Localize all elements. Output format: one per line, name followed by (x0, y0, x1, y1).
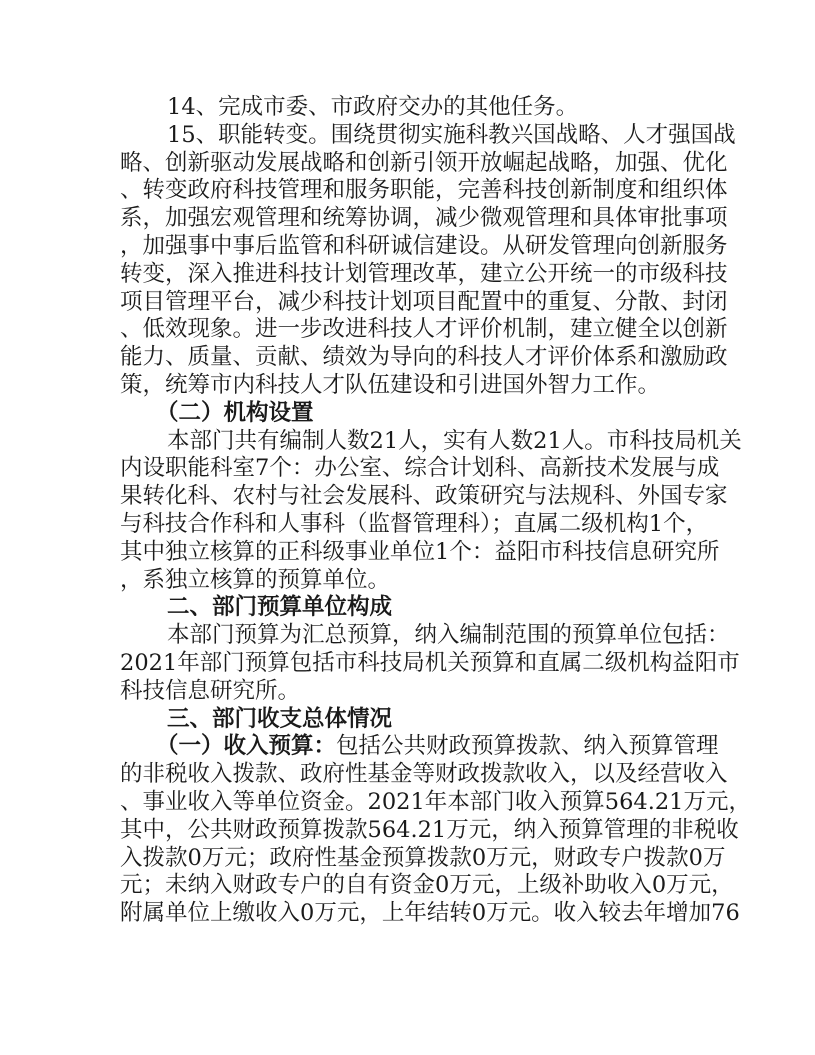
paragraph-org-setup: 本部门共有编制人数21人，实有人数21人。市科技局机关 内设职能科室7个：办公室… (120, 428, 695, 595)
text-line: 、低效现象。进一步改进科技人才评价机制，建立健全以创新 (120, 316, 695, 344)
heading-overview: 三、部门收支总体情况 (120, 706, 695, 734)
text-line: 入拨款0万元；政府性基金预算拨款0万元，财政专户拨款0万 (120, 845, 695, 873)
text-line: 略、创新驱动发展战略和创新引领开放崛起战略，加强、优化 (120, 150, 695, 178)
text-line: 果转化科、农村与社会发展科、政策研究与法规科、外国专家 (120, 483, 695, 511)
text-line: 、事业收入等单位资金。2021年本部门收入预算564.21万元， (120, 789, 695, 817)
income-budget-text: 包括公共财政预算拨款、纳入预算管理 (336, 733, 719, 759)
text-line: 、转变政府科技管理和服务职能，完善科技创新制度和组织体 (120, 177, 695, 205)
text-line: ，系独立核算的预算单位。 (120, 567, 695, 595)
text-line: 15、职能转变。围绕贯彻实施科教兴国战略、人才强国战 (120, 122, 695, 150)
text-line: 策，统筹市内科技人才队伍建设和引进国外智力工作。 (120, 372, 695, 400)
paragraph-item-15: 15、职能转变。围绕贯彻实施科教兴国战略、人才强国战 略、创新驱动发展战略和创新… (120, 122, 695, 400)
paragraph-budget-units: 本部门预算为汇总预算，纳入编制范围的预算单位包括： 2021年部门预算包括市科技… (120, 622, 695, 705)
text-line: 能力、质量、贡献、绩效为导向的科技人才评价体系和激励政 (120, 344, 695, 372)
text-line: 其中，公共财政预算拨款564.21万元，纳入预算管理的非税收 (120, 817, 695, 845)
text-line: 科技信息研究所。 (120, 678, 695, 706)
text-line: 元；未纳入财政专户的自有资金0万元，上级补助收入0万元， (120, 872, 695, 900)
text-line: 2021年部门预算包括市科技局机关预算和直属二级机构益阳市 (120, 650, 695, 678)
text-line: 其中独立核算的正科级事业单位1个：益阳市科技信息研究所 (120, 539, 695, 567)
text-line: 与科技合作科和人事科（监督管理科）；直属二级机构1个， (120, 511, 695, 539)
income-budget-label: （一）收入预算： (156, 733, 336, 759)
paragraph-item-14: 14、完成市委、市政府交办的其他任务。 (120, 94, 695, 122)
document-page: 14、完成市委、市政府交办的其他任务。 15、职能转变。围绕贯彻实施科教兴国战略… (0, 0, 815, 1055)
text-line: 附属单位上缴收入0万元，上年结转0万元。收入较去年增加76 (120, 900, 695, 928)
text-line: 转变，深入推进科技计划管理改革，建立公开统一的市级科技 (120, 261, 695, 289)
document-body: 14、完成市委、市政府交办的其他任务。 15、职能转变。围绕贯彻实施科教兴国战略… (120, 94, 695, 928)
text-line: 本部门预算为汇总预算，纳入编制范围的预算单位包括： (120, 622, 695, 650)
paragraph-income-budget: （一）收入预算：包括公共财政预算拨款、纳入预算管理 的非税收入拨款、政府性基金等… (120, 733, 695, 928)
heading-org-setup: （二）机构设置 (120, 400, 695, 428)
text-line: 内设职能科室7个：办公室、综合计划科、高新技术发展与成 (120, 455, 695, 483)
text-line: ，加强事中事后监管和科研诚信建设。从研发管理向创新服务 (120, 233, 695, 261)
text-line: （一）收入预算：包括公共财政预算拨款、纳入预算管理 (120, 733, 695, 761)
text-line: 的非税收入拨款、政府性基金等财政拨款收入，以及经营收入 (120, 761, 695, 789)
heading-budget-units: 二、部门预算单位构成 (120, 594, 695, 622)
text-line: 系，加强宏观管理和统筹协调，减少微观管理和具体审批事项 (120, 205, 695, 233)
text-line: 项目管理平台，减少科技计划项目配置中的重复、分散、封闭 (120, 289, 695, 317)
text-line: 本部门共有编制人数21人，实有人数21人。市科技局机关 (120, 428, 695, 456)
